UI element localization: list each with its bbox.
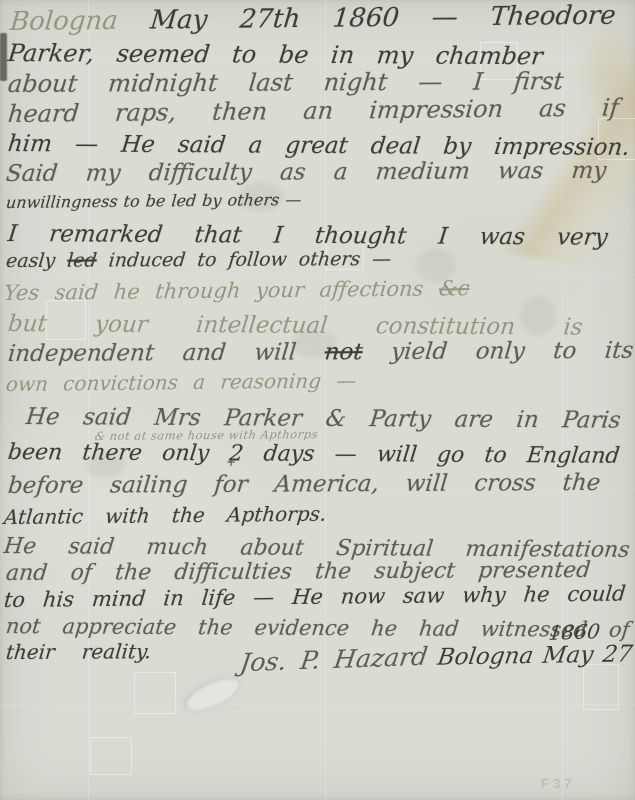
letter-line-15: been there only 2 days — will go to Engl… (7, 440, 621, 469)
letter-line-5: him — He said a great deal by impression… (7, 131, 632, 161)
struck-word: not (323, 339, 364, 365)
mounting-impression (90, 737, 132, 775)
letter-line-11: but your intellectual constitution is (7, 311, 585, 341)
line-segment: induced to follow others — (96, 248, 393, 272)
mounting-impression (583, 664, 619, 710)
dateline-place: Bologna (9, 6, 152, 37)
letter-line-2: Parker, seemed to be in my chamber (6, 40, 544, 71)
signature: Jos. P. Hazard (238, 642, 429, 677)
letter-line-13: own convictions a reasoning — (5, 369, 358, 396)
line-segment: easly (5, 250, 68, 272)
archival-folio-mark: F37 (541, 776, 575, 791)
dateline-date: May 27th 1860 — Theodore (149, 1, 617, 36)
left-edge-mark (0, 33, 7, 81)
letter-line-17: Atlantic with the Apthorps. (3, 503, 328, 529)
struck-word: &c (438, 276, 471, 300)
line-segment: Yes said he through your affections (3, 276, 440, 305)
letter-line-10: Yes said he through your affections &c (3, 276, 471, 305)
line-segment: yield only to its (361, 338, 634, 365)
letter-line-4: heard raps, then an impression as if (7, 95, 620, 129)
letter-line-16: before sailing for America, will cross t… (7, 470, 602, 500)
letter-line-12: independent and will not yield only to i… (7, 338, 635, 368)
letter-line-6: Said my difficulty as a medium was my (5, 158, 608, 188)
manuscript-letter-page: Bologna May 27th 1860 — Theodore Parker,… (0, 0, 635, 800)
letter-line-3: about midnight last night — I first (7, 68, 565, 98)
ink-smudge (180, 671, 243, 717)
letter-line-22: their reality. (5, 640, 152, 664)
letter-line-7: unwillingness to be led by others — (5, 191, 302, 212)
line-segment: independent and will (7, 339, 326, 367)
letter-line-1: Bologna May 27th 1860 — Theodore (9, 2, 617, 38)
closing-place-date: Bologna May 27 (436, 641, 634, 670)
mounting-impression (134, 672, 176, 714)
letter-line-21: not appreciate the evidence he had witne… (5, 614, 631, 642)
letter-line-8: I remarked that I thought I was very (7, 221, 610, 251)
letter-line-20: to his mind in life — He now saw why he … (3, 581, 627, 612)
struck-word: led (66, 250, 98, 272)
letter-line-9: easly led induced to follow others — (5, 249, 392, 273)
